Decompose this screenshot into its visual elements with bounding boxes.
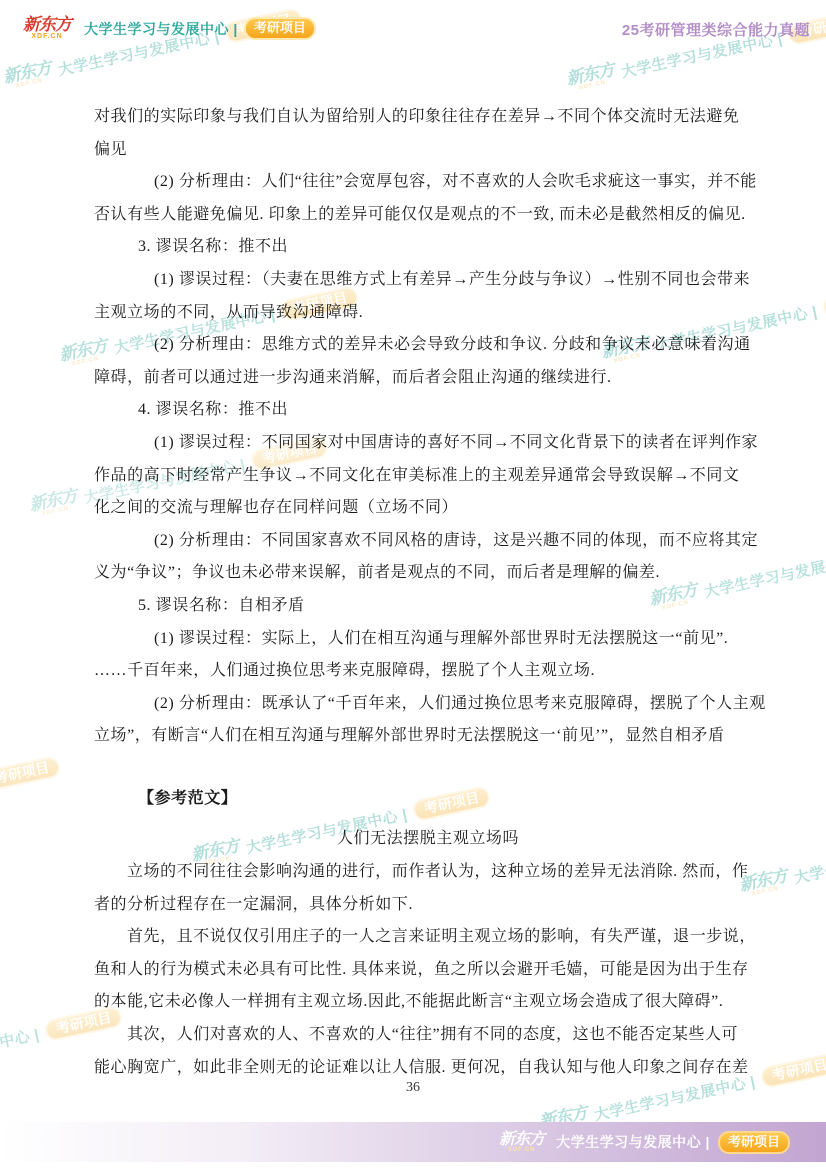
kaoyan-project-badge: 考研项目 <box>244 17 316 40</box>
document-line: 对我们的实际印象与我们自认为留给别人的印象往往存在差异→不同个体交流时无法避免 <box>94 101 762 134</box>
document-line: 立场的不同往往会影响沟通的进行，而作者认为，这种立场的差异无法消除. 然而，作 <box>94 856 762 889</box>
document-line: (2) 分析理由：思维方式的差异未必会导致分歧和争议. 分歧和争议未必意味着沟通 <box>94 329 762 362</box>
document-line: 立场”，有断言“人们在相互沟通与理解外部世界时无法摆脱这一‘前见’”，显然自相矛… <box>94 720 762 753</box>
document-line: 4. 谬误名称：推不出 <box>94 394 762 427</box>
document-line: 障碍，前者可以通过进一步沟通来消解，而后者会阻止沟通的继续进行. <box>94 362 762 395</box>
header-center-label: 大学生学习与发展中心 | <box>84 19 238 39</box>
document-line: 【参考范文】 <box>94 783 762 816</box>
xdf-logo-domain: XDF.CN <box>31 33 62 41</box>
document-line: 化之间的交流与理解也存在同样问题（立场不同） <box>94 492 762 525</box>
document-line: 作品的高下时经常产生争议→不同文化在审美标准上的主观差异通常会导致误解→不同文 <box>94 460 762 493</box>
document-line: (1) 谬误过程：实际上，人们在相互沟通与理解外部世界时无法摆脱这一“前见”. <box>94 623 762 656</box>
document-line: 义为“争议”；争议也未必带来误解，前者是观点的不同，而后者是理解的偏差. <box>94 557 762 590</box>
xdf-logo: 新东方 XDF.CN <box>18 16 76 41</box>
document-line: 偏见 <box>94 134 762 167</box>
watermark-xdf-logo: 新东方XDF.CN <box>565 62 617 93</box>
document-line: 的本能,它未必像人一样拥有主观立场.因此,不能据此断言“主观立场会造成了很大障碍… <box>94 986 762 1019</box>
page-header: 新东方 XDF.CN 大学生学习与发展中心 | 考研项目 25考研管理类综合能力… <box>0 14 826 60</box>
page-footer: 新东方 XDF.CN 大学生学习与发展中心 | 考研项目 <box>0 1122 826 1162</box>
document-line: 否认有些人能避免偏见. 印象上的差异可能仅仅是观点的不一致, 而未必是截然相反的… <box>94 199 762 232</box>
xdf-logo-text: 新东方 <box>23 16 71 33</box>
document-line: 3. 谬误名称：推不出 <box>94 231 762 264</box>
page-number: 36 <box>0 1080 826 1096</box>
document-content: 对我们的实际印象与我们自认为留给别人的印象往往存在差异→不同个体交流时无法避免偏… <box>94 101 762 1084</box>
header-center: 大学生学习与发展中心 | 考研项目 <box>84 17 316 40</box>
watermark-label: 大学生学习与发展中心 | <box>792 833 826 888</box>
document-line: 5. 谬误名称：自相矛盾 <box>94 590 762 623</box>
watermark: 新东方XDF.CN大学生学习与发展中心 |考研项目 <box>0 755 62 840</box>
footer-xdf-logo: 新东方 XDF.CN <box>499 1132 544 1153</box>
document-line: 鱼和人的行为模式未必具有可比性. 具体来说，鱼之所以会避开毛嫱，可能是因为出于生… <box>94 954 762 987</box>
document-line: (1) 谬误过程：不同国家对中国唐诗的喜好不同→不同文化背景下的读者在评判作家 <box>94 427 762 460</box>
footer-xdf-logo-text: 新东方 <box>499 1132 544 1147</box>
watermark-xdf-logo: 新东方XDF.CN <box>28 488 80 519</box>
document-line: (2) 分析理由：不同国家喜欢不同风格的唐诗，这是兴趣不同的体现，而不应将其定 <box>94 525 762 558</box>
document-line: 者的分析过程存在一定漏洞，具体分析如下. <box>94 889 762 922</box>
document-line: 其次，人们对喜欢的人、不喜欢的人“往往”拥有不同的态度，这也不能否定某些人可 <box>94 1019 762 1052</box>
document-line: 人们无法摆脱主观立场吗 <box>94 823 762 856</box>
document-page: { "header": { "brand": "新东方", "brand_dom… <box>0 0 826 1168</box>
footer-center-label: 大学生学习与发展中心 | <box>556 1132 710 1152</box>
document-line: 主观立场的不同，从而导致沟通障碍. <box>94 297 762 330</box>
document-line: (2) 分析理由：人们“往往”会宽厚包容，对不喜欢的人会吹毛求疵这一事实，并不能 <box>94 166 762 199</box>
watermark-xdf-logo: 新东方XDF.CN <box>2 60 54 91</box>
document-line: ……千百年来，人们通过换位思考来克服障碍，摆脱了个人主观立场. <box>94 655 762 688</box>
header-right-title: 25考研管理类综合能力真题 <box>622 19 810 40</box>
document-line: (1) 谬误过程：（夫妻在思维方式上有差异→产生分歧与争议）→性别不同也会带来 <box>94 264 762 297</box>
watermark-kaoyan-badge: 考研项目 <box>821 282 826 320</box>
footer-xdf-logo-domain: XDF.CN <box>508 1147 536 1153</box>
document-line: 首先，且不说仅仅引用庄子的一人之言来证明主观立场的影响，有失严谨，退一步说， <box>94 921 762 954</box>
watermark-label: 大学生学习与发展中心 | <box>0 1023 41 1078</box>
footer-kaoyan-project-badge: 考研项目 <box>718 1131 790 1154</box>
watermark-kaoyan-badge: 考研项目 <box>0 755 62 793</box>
document-line: (2) 分析理由：既承认了“千百年来，人们通过换位思考来克服障碍，摆脱了个人主观 <box>94 688 762 721</box>
